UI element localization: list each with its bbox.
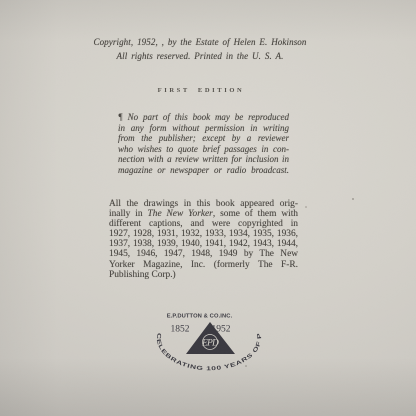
drawings-credit-paragraph: All the drawings in this book appeared o… <box>109 199 298 280</box>
colophon-year-left: 1852 <box>171 325 190 335</box>
rights-line: in any form without permission in writin… <box>118 123 289 134</box>
credit-line: All the drawings in this book appeared o… <box>109 199 298 209</box>
paper-speck <box>352 198 354 200</box>
book-copyright-page-photo: Copyright, 1952, , by the Estate of Hele… <box>0 0 416 416</box>
new-yorker-title: The New Yorker <box>148 209 213 219</box>
rights-line: ¶ No part of this book may be reproduced <box>118 112 289 123</box>
credit-line: Publishing Corp.) <box>109 270 298 280</box>
rights-line: who wishes to quote brief passages in co… <box>118 144 289 155</box>
printed-in-usa-line: All rights reserved. Printed in the U. S… <box>0 49 400 63</box>
publisher-colophon: E.P.DUTTON & CO.INC. 1852 1952 EPD CELEB… <box>145 306 275 376</box>
rights-paragraph: ¶ No part of this book may be reproduced… <box>118 112 289 175</box>
credit-line-pre: inally in <box>109 209 148 219</box>
rights-line: magazine or newspaper or radio broadcast… <box>118 165 289 176</box>
credit-line: Yorker Magazine, Inc. (formerly The F-R. <box>109 260 298 270</box>
edition-notice: FIRST EDITION <box>0 87 402 94</box>
paper-speck <box>245 365 247 367</box>
credit-line: 1937, 1938, 1939, 1940, 1941, 1942, 1943… <box>109 239 298 249</box>
copyright-block: Copyright, 1952, , by the Estate of Hele… <box>0 35 400 63</box>
credit-line-post: , some of them with <box>213 209 298 219</box>
rights-line: nection with a review written for inclus… <box>118 154 289 165</box>
credit-line: 1945, 1946, 1947, 1948, 1949 by The New <box>109 249 298 259</box>
copyright-line: Copyright, 1952, , by the Estate of Hele… <box>0 35 400 49</box>
colophon-monogram: EPD <box>201 339 219 349</box>
credit-line: 1927, 1928, 1931, 1932, 1933, 1934, 1935… <box>109 229 298 239</box>
credit-line: different captions, and were copyrighted… <box>109 219 298 229</box>
paper-speck <box>305 206 307 208</box>
publisher-name: E.P.DUTTON & CO.INC. <box>167 313 233 319</box>
rights-line: from the publisher; except by a reviewer <box>118 133 289 144</box>
credit-line: inally in The New Yorker, some of them w… <box>109 209 298 219</box>
